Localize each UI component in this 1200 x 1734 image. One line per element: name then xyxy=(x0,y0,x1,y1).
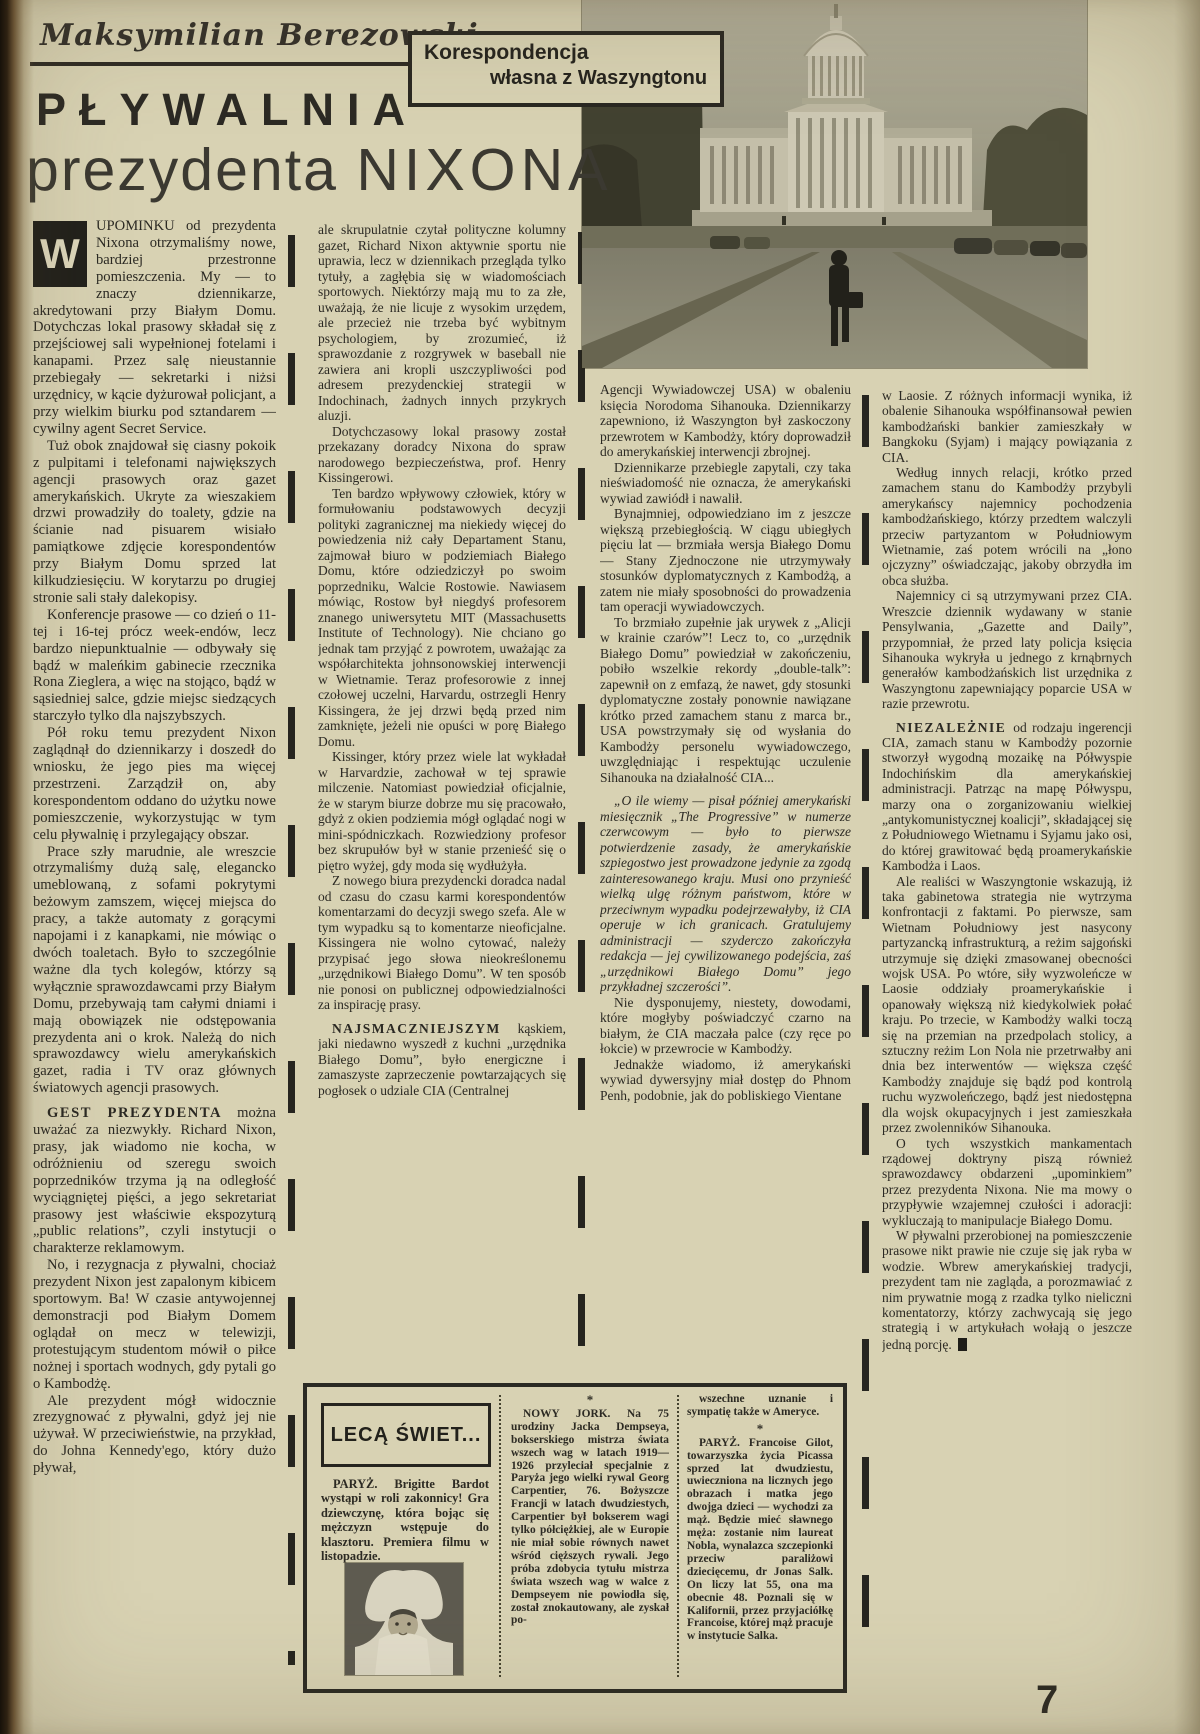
paragraph: Najemnicy ci są utrzymywani przez CIA. W… xyxy=(882,588,1132,711)
title-word-big: NIXONA xyxy=(356,137,612,203)
end-of-article-mark xyxy=(958,1338,967,1351)
news-briefs-box: LECĄ ŚWIET... PARYŻ. Brigitte Bardot wys… xyxy=(303,1383,847,1693)
paragraph: Ten bardzo wpływowy człowiek, który w fo… xyxy=(318,486,566,750)
title-word-small: prezydenta xyxy=(26,137,338,203)
article-column-2: ale skrupulatnie czytał polityczne kolum… xyxy=(318,222,566,1372)
paragraph: Dziennikarze przebiegle zapytali, czy ta… xyxy=(600,460,851,507)
article-column-1: W UPOMINKU od prezydenta Nixona otrzymal… xyxy=(33,218,276,1720)
paragraph: wszechne uznanie i sympatię także w Amer… xyxy=(687,1393,833,1419)
paragraph: Ale prezydent mógł widocznie zrezygnować… xyxy=(33,1393,276,1478)
paragraph: Według innych relacji, krótko przed zama… xyxy=(882,465,1132,588)
article-column-4: w Laosie. Z różnych informacji wynika, i… xyxy=(882,388,1132,1646)
article-title-line2: prezydenta NIXONA xyxy=(26,136,613,204)
column-rule-3 xyxy=(862,395,869,1640)
briefs-column-right: wszechne uznanie i sympatię także w Amer… xyxy=(687,1393,833,1681)
correspondence-box: Korespondencja własna z Waszyngtonu xyxy=(408,31,724,107)
paragraph: GEST PREZYDENTA można uważać za niezwykł… xyxy=(33,1105,276,1257)
bardot-nun-photo xyxy=(345,1563,463,1675)
briefs-column-left: PARYŻ. Brigitte Bardot wystąpi w roli za… xyxy=(321,1477,489,1567)
briefs-divider-2 xyxy=(677,1395,679,1677)
paragraph: NAJSMACZNIEJSZYM kąskiem, jaki niedawno … xyxy=(318,1021,566,1099)
dropcap-w: W xyxy=(33,221,87,287)
paragraph: Konferencje prasowe — co dzień o 11-tej … xyxy=(33,607,276,725)
paragraph: w Laosie. Z różnych informacji wynika, i… xyxy=(882,388,1132,465)
article-title-line1: PŁYWALNIA xyxy=(36,84,418,136)
paragraph: O tych wszystkich mankamentach rządowej … xyxy=(882,1136,1132,1228)
correspondence-line1: Korespondencja xyxy=(424,41,708,65)
paragraph: NOWY JORK. Na 75 urodziny Jacka Dempseya… xyxy=(511,1408,669,1627)
paragraph: PARYŻ. Francoise Gilot, towarzyszka życi… xyxy=(687,1437,833,1644)
page-number: 7 xyxy=(1036,1678,1058,1723)
paragraph: ale skrupulatnie czytał polityczne kolum… xyxy=(318,222,566,424)
paragraph: Bynajmniej, odpowiedziano im z jeszcze w… xyxy=(600,506,851,615)
paragraph: Agencji Wywiadowczej USA) w obaleniu ksi… xyxy=(600,382,851,460)
column-rule-1 xyxy=(288,235,295,1665)
paragraph-lead: NAJSMACZNIEJSZYM xyxy=(332,1021,518,1036)
paragraph: W pływalni przerobionej na pomieszczenie… xyxy=(882,1228,1132,1352)
paragraph: Pół roku temu prezydent Nixon zaglądnął … xyxy=(33,725,276,843)
paragraph: Kissinger, który przez wiele lat wykłada… xyxy=(318,749,566,873)
page-edge-shadow xyxy=(1174,0,1200,1734)
star-separator: * xyxy=(511,1394,669,1407)
paragraph: Nie dysponujemy, niestety, dowodami, któ… xyxy=(600,995,851,1057)
star-separator: * xyxy=(687,1423,833,1436)
paragraph: PARYŻ. Brigitte Bardot wystąpi w roli za… xyxy=(321,1477,489,1563)
briefs-column-middle: * NOWY JORK. Na 75 urodziny Jacka Dempse… xyxy=(511,1393,669,1677)
briefs-divider-1 xyxy=(499,1395,501,1677)
news-briefs-title: LECĄ ŚWIET... xyxy=(321,1403,491,1467)
article-column-3: Agencji Wywiadowczej USA) w obaleniu ksi… xyxy=(600,382,851,1378)
paragraph: „O ile wiemy — pisał później amerykański… xyxy=(600,793,851,995)
paragraph: NIEZALEŻNIE od rodzaju ingerencji CIA, z… xyxy=(882,720,1132,874)
paragraph: Jednakże wiadomo, iż amerykański wywiad … xyxy=(600,1057,851,1104)
correspondence-line2: własna z Waszyngtonu xyxy=(490,67,708,90)
paragraph: Z nowego biura prezydencki doradca nadal… xyxy=(318,873,566,1013)
paragraph-lead: NIEZALEŻNIE xyxy=(896,720,1013,735)
paragraph: Prace szły marudnie, ale wreszcie otrzym… xyxy=(33,844,276,1098)
paragraph: Tuż obok znajdował się ciasny pokoik z p… xyxy=(33,438,276,607)
paragraph: Dotychczasowy lokal prasowy został przek… xyxy=(318,424,566,486)
paragraph: Ale realiści w Waszyngtonie wskazują, iż… xyxy=(882,874,1132,1136)
paragraph: No, i rezygnacja z pływalni, chociaż pre… xyxy=(33,1257,276,1392)
book-gutter-shadow xyxy=(0,0,34,1734)
paragraph: To brzmiało zupełnie jak urywek z „Alicj… xyxy=(600,615,851,786)
paragraph-lead: GEST PREZYDENTA xyxy=(47,1105,237,1121)
column-rule-2 xyxy=(578,232,585,1372)
